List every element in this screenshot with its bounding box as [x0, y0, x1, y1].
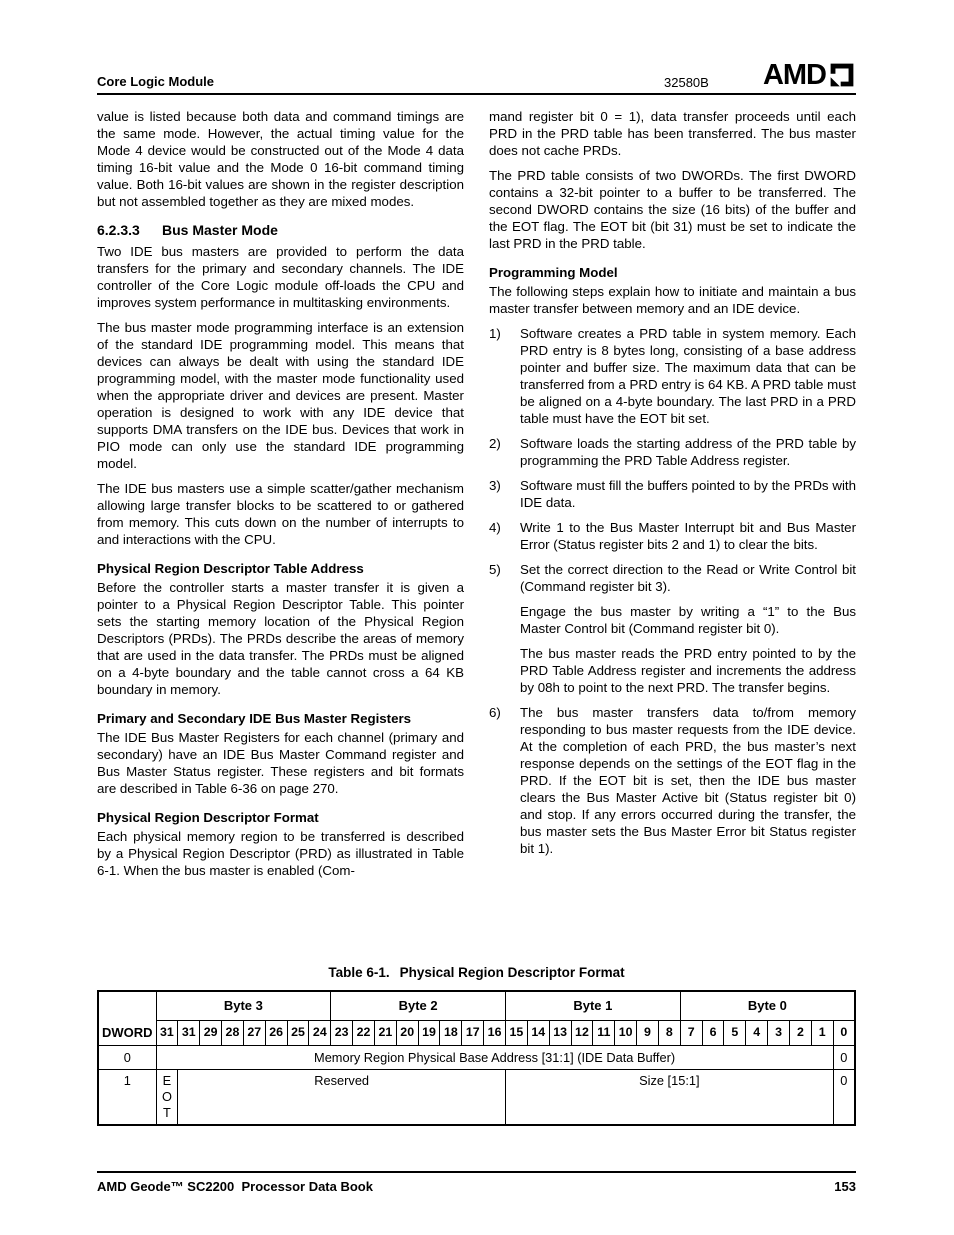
eot-letter: O — [157, 1089, 178, 1105]
byte-header-row: DWORD Byte 3 Byte 2 Byte 1 Byte 0 — [98, 991, 855, 1020]
base-address-field: Memory Region Physical Base Address [31:… — [156, 1045, 833, 1069]
byte3-header: Byte 3 — [156, 991, 331, 1020]
bit-header: 2 — [789, 1020, 811, 1045]
amd-arrow-icon — [826, 61, 856, 89]
size-field: Size [15:1] — [506, 1069, 834, 1125]
table-caption-label: Table 6-1. — [328, 965, 389, 980]
eot-letter: T — [157, 1105, 178, 1121]
list-item: 5) Set the correct direction to the Read… — [489, 561, 856, 595]
page-header: Core Logic Module 32580B AMD — [97, 62, 856, 92]
list-item-text: Software loads the starting address of t… — [520, 435, 856, 469]
list-item: 3) Software must fill the buffers pointe… — [489, 477, 856, 511]
section-heading: 6.2.3.3Bus Master Mode — [97, 222, 464, 239]
list-item: 2) Software loads the starting address o… — [489, 435, 856, 469]
bit-header: 6 — [702, 1020, 724, 1045]
byte0-header: Byte 0 — [680, 991, 855, 1020]
paragraph: The following steps explain how to initi… — [489, 283, 856, 317]
list-subparagraph: The bus master reads the PRD entry point… — [520, 645, 856, 696]
header-section-title: Core Logic Module — [97, 73, 214, 90]
left-column: value is listed because both data and co… — [97, 108, 464, 887]
paragraph: The bus master mode programming interfac… — [97, 319, 464, 472]
subheading: Primary and Secondary IDE Bus Master Reg… — [97, 710, 464, 727]
document-number: 32580B — [664, 74, 709, 91]
paragraph: The PRD table consists of two DWORDs. Th… — [489, 167, 856, 252]
subheading: Programming Model — [489, 264, 856, 281]
bit-header: 9 — [637, 1020, 659, 1045]
bit-header: 0 — [833, 1020, 855, 1045]
bit-header: 10 — [615, 1020, 637, 1045]
amd-logo: AMD — [763, 60, 856, 90]
list-item-text: The bus master transfers data to/from me… — [520, 704, 856, 857]
bit-header: 18 — [440, 1020, 462, 1045]
bit-header: 3 — [768, 1020, 790, 1045]
bit-header: 31 — [156, 1020, 178, 1045]
page-footer: AMD Geode™ SC2200 Processor Data Book 15… — [97, 1178, 856, 1195]
paragraph: Before the controller starts a master tr… — [97, 579, 464, 698]
bit-header: 12 — [571, 1020, 593, 1045]
list-item-text: Set the correct direction to the Read or… — [520, 561, 856, 595]
reserved-field: Reserved — [178, 1069, 506, 1125]
bit-header: 24 — [309, 1020, 331, 1045]
bit-header: 8 — [658, 1020, 680, 1045]
table-caption-text: Physical Region Descriptor Format — [400, 965, 625, 980]
prd-format-table: DWORD Byte 3 Byte 2 Byte 1 Byte 0 31 31 … — [97, 990, 856, 1126]
bit-header: 20 — [396, 1020, 418, 1045]
list-item-text: Write 1 to the Bus Master Interrupt bit … — [520, 519, 856, 553]
bit-header: 13 — [549, 1020, 571, 1045]
right-column: mand register bit 0 = 1), data transfer … — [489, 108, 856, 865]
bit0-value: 0 — [833, 1069, 855, 1125]
amd-logo-text: AMD — [763, 60, 826, 90]
list-item-number: 6) — [489, 704, 520, 857]
paragraph: Two IDE bus masters are provided to perf… — [97, 243, 464, 311]
bit-header: 29 — [200, 1020, 222, 1045]
header-rule — [97, 93, 856, 95]
paragraph: mand register bit 0 = 1), data transfer … — [489, 108, 856, 159]
bit-header: 5 — [724, 1020, 746, 1045]
list-subparagraph: Engage the bus master by writing a “1” t… — [520, 603, 856, 637]
bit-number-row: 31 31 29 28 27 26 25 24 23 22 21 20 19 1… — [98, 1020, 855, 1045]
bit-header: 22 — [353, 1020, 375, 1045]
footer-book-title: AMD Geode™ SC2200 Processor Data Book — [97, 1178, 373, 1195]
subheading: Physical Region Descriptor Table Address — [97, 560, 464, 577]
footer-page-number: 153 — [834, 1178, 856, 1195]
bit-header: 14 — [527, 1020, 549, 1045]
paragraph: The IDE bus masters use a simple scatter… — [97, 480, 464, 548]
bit-header: 15 — [506, 1020, 528, 1045]
list-item: 6) The bus master transfers data to/from… — [489, 704, 856, 857]
paragraph: Each physical memory region to be transf… — [97, 828, 464, 879]
byte2-header: Byte 2 — [331, 991, 506, 1020]
list-item: 4) Write 1 to the Bus Master Interrupt b… — [489, 519, 856, 553]
dword-column-header: DWORD — [98, 991, 156, 1045]
bit-header: 28 — [222, 1020, 244, 1045]
list-item: 1) Software creates a PRD table in syste… — [489, 325, 856, 427]
bit-header: 31 — [178, 1020, 200, 1045]
list-item-number: 4) — [489, 519, 520, 553]
table-caption: Table 6-1.Physical Region Descriptor For… — [97, 964, 856, 981]
bit-header: 16 — [484, 1020, 506, 1045]
eot-letter: E — [157, 1073, 178, 1089]
bit-header: 4 — [746, 1020, 768, 1045]
list-item-text: Software must fill the buffers pointed t… — [520, 477, 856, 511]
bit-header: 21 — [374, 1020, 396, 1045]
list-item-number: 5) — [489, 561, 520, 595]
table-row: 1 E O T Reserved Size [15:1] 0 — [98, 1069, 855, 1125]
list-item-text: Software creates a PRD table in system m… — [520, 325, 856, 427]
section-number: 6.2.3.3 — [97, 222, 162, 239]
paragraph: The IDE Bus Master Registers for each ch… — [97, 729, 464, 797]
bit-header: 19 — [418, 1020, 440, 1045]
bit-header: 17 — [462, 1020, 484, 1045]
bit-header: 25 — [287, 1020, 309, 1045]
dword-index: 1 — [98, 1069, 156, 1125]
bit-header: 11 — [593, 1020, 615, 1045]
byte1-header: Byte 1 — [506, 991, 681, 1020]
list-item-number: 2) — [489, 435, 520, 469]
eot-field: E O T — [156, 1069, 178, 1125]
paragraph: value is listed because both data and co… — [97, 108, 464, 210]
list-item-number: 1) — [489, 325, 520, 427]
table-row: 0 Memory Region Physical Base Address [3… — [98, 1045, 855, 1069]
list-item-number: 3) — [489, 477, 520, 511]
subheading: Physical Region Descriptor Format — [97, 809, 464, 826]
table-section: Table 6-1.Physical Region Descriptor For… — [97, 964, 856, 1126]
bit-header: 23 — [331, 1020, 353, 1045]
dword-index: 0 — [98, 1045, 156, 1069]
document-page: Core Logic Module 32580B AMD value is li… — [0, 0, 954, 1235]
section-title: Bus Master Mode — [162, 222, 278, 238]
bit0-value: 0 — [833, 1045, 855, 1069]
bit-header: 26 — [265, 1020, 287, 1045]
bit-header: 7 — [680, 1020, 702, 1045]
bit-header: 1 — [811, 1020, 833, 1045]
footer-rule — [97, 1171, 856, 1173]
bit-header: 27 — [243, 1020, 265, 1045]
